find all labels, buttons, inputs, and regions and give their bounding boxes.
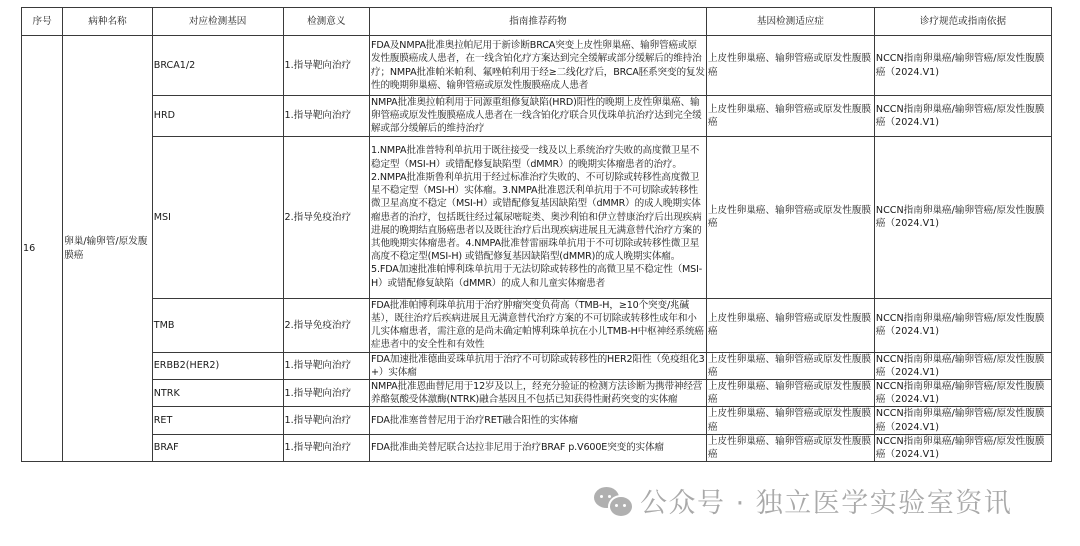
significance-cell: 1.指导靶向治疗 xyxy=(283,380,370,407)
indication-cell: 上皮性卵巢癌、输卵管癌或原发性腹膜癌 xyxy=(706,298,874,352)
header-drug: 指南推荐药物 xyxy=(370,8,707,36)
basis-cell: NCCN指南卵巢癌/输卵管癌/原发性腹膜癌（2024.V1) xyxy=(874,96,1051,137)
significance-cell: 1.指导靶向治疗 xyxy=(283,352,370,379)
basis-cell: NCCN指南卵巢癌/输卵管癌/原发性腹膜癌（2024.V1) xyxy=(874,434,1051,461)
gene-cell: HRD xyxy=(152,96,283,137)
significance-cell: 1.指导靶向治疗 xyxy=(283,434,370,461)
watermark-text: 公众号 · 独立医学实验室资讯 xyxy=(640,481,1012,520)
header-significance: 检测意义 xyxy=(283,8,370,36)
significance-cell: 2.指导免疫治疗 xyxy=(283,136,370,298)
indication-cell: 上皮性卵巢癌、输卵管癌或原发性腹膜癌 xyxy=(706,36,874,96)
basis-cell: NCCN指南卵巢癌/输卵管癌/原发性腹膜癌（2024.V1) xyxy=(874,136,1051,298)
header-no: 序号 xyxy=(22,8,63,36)
header-basis: 诊疗规范或指南依据 xyxy=(874,8,1051,36)
row-number: 16 xyxy=(22,36,63,462)
table-row: RET 1.指导靶向治疗 FDA批准塞普替尼用于治疗RET融合阳性的实体瘤 上皮… xyxy=(22,407,1052,434)
gene-cell: MSI xyxy=(152,136,283,298)
table-row: NTRK 1.指导靶向治疗 NMPA批准恩曲替尼用于12岁及以上，经充分验证的检… xyxy=(22,380,1052,407)
gene-cell: BRCA1/2 xyxy=(152,36,283,96)
significance-cell: 1.指导靶向治疗 xyxy=(283,36,370,96)
drug-line: 5.FDA加速批准帕博利珠单抗用于无法切除或转移性的高微卫星不稳定性（MSI-H… xyxy=(371,263,705,289)
indication-cell: 上皮性卵巢癌、输卵管癌或原发性腹膜癌 xyxy=(706,434,874,461)
drug-cell: FDA加速批准德曲妥珠单抗用于治疗不可切除或转移性的HER2阳性（免疫组化3+）… xyxy=(370,352,707,379)
table-row: BRAF 1.指导靶向治疗 FDA批准曲美替尼联合达拉非尼用于治疗BRAF p.… xyxy=(22,434,1052,461)
header-disease: 病种名称 xyxy=(63,8,153,36)
gene-cell: RET xyxy=(152,407,283,434)
table-row: TMB 2.指导免疫治疗 FDA批准帕博利珠单抗用于治疗肿瘤突变负荷高（TMB-… xyxy=(22,298,1052,352)
basis-cell: NCCN指南卵巢癌/输卵管癌/原发性腹膜癌（2024.V1) xyxy=(874,36,1051,96)
table-header-row: 序号 病种名称 对应检测基因 检测意义 指南推荐药物 基因检测适应症 诊疗规范或… xyxy=(22,8,1052,36)
gene-cell: NTRK xyxy=(152,380,283,407)
drug-cell: NMPA批准奥拉帕利用于同源重组修复缺陷(HRD)阳性的晚期上皮性卵巢癌、输卵管… xyxy=(370,96,707,137)
drug-line: 2.NMPA批准斯鲁利单抗用于经过标准治疗失败的、不可切除或转移性高度微卫星不稳… xyxy=(371,171,705,263)
drug-line: 1.NMPA批准普特利单抗用于既往接受一线及以上系统治疗失败的高度微卫星不稳定型… xyxy=(371,144,705,170)
gene-testing-table: 序号 病种名称 对应检测基因 检测意义 指南推荐药物 基因检测适应症 诊疗规范或… xyxy=(21,7,1052,462)
table-row: ERBB2(HER2) 1.指导靶向治疗 FDA加速批准德曲妥珠单抗用于治疗不可… xyxy=(22,352,1052,379)
table-row: HRD 1.指导靶向治疗 NMPA批准奥拉帕利用于同源重组修复缺陷(HRD)阳性… xyxy=(22,96,1052,137)
indication-cell: 上皮性卵巢癌、输卵管癌或原发性腹膜癌 xyxy=(706,407,874,434)
header-indication: 基因检测适应症 xyxy=(706,8,874,36)
drug-cell: 1.NMPA批准普特利单抗用于既往接受一线及以上系统治疗失败的高度微卫星不稳定型… xyxy=(370,136,707,298)
basis-cell: NCCN指南卵巢癌/输卵管癌/原发性腹膜癌（2024.V1) xyxy=(874,407,1051,434)
gene-cell: TMB xyxy=(152,298,283,352)
table-row: MSI 2.指导免疫治疗 1.NMPA批准普特利单抗用于既往接受一线及以上系统治… xyxy=(22,136,1052,298)
basis-cell: NCCN指南卵巢癌/输卵管癌/原发性腹膜癌（2024.V1) xyxy=(874,352,1051,379)
indication-cell: 上皮性卵巢癌、输卵管癌或原发性腹膜癌 xyxy=(706,352,874,379)
wechat-icon xyxy=(594,485,634,517)
header-gene: 对应检测基因 xyxy=(152,8,283,36)
table-row: 16 卵巢/输卵管/原发腹膜癌 BRCA1/2 1.指导靶向治疗 FDA及NMP… xyxy=(22,36,1052,96)
drug-cell: FDA及NMPA批准奥拉帕尼用于新诊断BRCA突变上皮性卵巢癌、输卵管癌或原发性… xyxy=(370,36,707,96)
indication-cell: 上皮性卵巢癌、输卵管癌或原发性腹膜癌 xyxy=(706,96,874,137)
gene-cell: BRAF xyxy=(152,434,283,461)
basis-cell: NCCN指南卵巢癌/输卵管癌/原发性腹膜癌（2024.V1) xyxy=(874,380,1051,407)
gene-cell: ERBB2(HER2) xyxy=(152,352,283,379)
indication-cell: 上皮性卵巢癌、输卵管癌或原发性腹膜癌 xyxy=(706,136,874,298)
significance-cell: 1.指导靶向治疗 xyxy=(283,96,370,137)
significance-cell: 1.指导靶向治疗 xyxy=(283,407,370,434)
watermark: 公众号 · 独立医学实验室资讯 xyxy=(594,481,1012,520)
drug-cell: FDA批准塞普替尼用于治疗RET融合阳性的实体瘤 xyxy=(370,407,707,434)
significance-cell: 2.指导免疫治疗 xyxy=(283,298,370,352)
drug-cell: FDA批准曲美替尼联合达拉非尼用于治疗BRAF p.V600E突变的实体瘤 xyxy=(370,434,707,461)
indication-cell: 上皮性卵巢癌、输卵管癌或原发性腹膜癌 xyxy=(706,380,874,407)
drug-cell: FDA批准帕博利珠单抗用于治疗肿瘤突变负荷高（TMB-H，≥10个突变/兆碱基）… xyxy=(370,298,707,352)
disease-name: 卵巢/输卵管/原发腹膜癌 xyxy=(63,36,153,462)
drug-cell: NMPA批准恩曲替尼用于12岁及以上，经充分验证的检测方法诊断为携带神经营养酪氨… xyxy=(370,380,707,407)
basis-cell: NCCN指南卵巢癌/输卵管癌/原发性腹膜癌（2024.V1) xyxy=(874,298,1051,352)
